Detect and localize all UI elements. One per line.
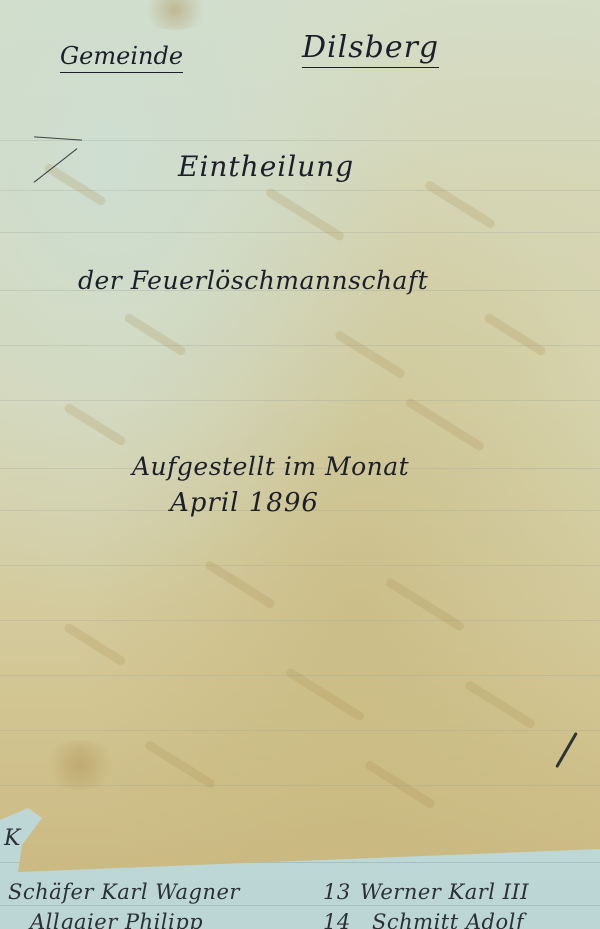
pen-mark — [555, 732, 578, 768]
bleed-through — [204, 559, 277, 609]
underlying-row-left: Allgaier Philipp — [30, 910, 203, 929]
underlying-row-number: 14 — [323, 910, 351, 929]
ruled-line — [0, 232, 600, 233]
bleed-through — [404, 397, 485, 452]
margin-fragment: K — [4, 826, 21, 851]
header-place: Dilsberg — [302, 30, 439, 68]
bleed-through — [63, 622, 127, 667]
ruled-line — [0, 565, 600, 566]
document-subtitle: der Feuerlöschmannschaft — [78, 266, 428, 295]
bleed-through — [483, 312, 547, 357]
ruled-line — [0, 400, 600, 401]
underlying-row-right: Schmitt Adolf — [372, 910, 524, 929]
document-title: Eintheilung — [178, 150, 354, 183]
bleed-through — [43, 162, 107, 207]
underlying-row-number: 13 — [323, 880, 351, 904]
bleed-through — [63, 402, 127, 447]
ruled-line — [0, 345, 600, 346]
bleed-through — [123, 312, 187, 357]
created-line: Aufgestellt im Monat — [132, 452, 409, 481]
bleed-through — [464, 679, 537, 729]
ruled-line — [0, 905, 600, 906]
ruled-line — [0, 730, 600, 731]
ruled-line — [0, 140, 600, 141]
underlying-row-right: Werner Karl III — [360, 880, 529, 904]
ruled-line — [0, 620, 600, 621]
underlying-row-left: Schäfer Karl Wagner — [8, 880, 240, 904]
document-date: April 1896 — [170, 488, 319, 518]
stain — [40, 740, 120, 790]
header-label: Gemeinde — [60, 42, 183, 73]
bleed-through — [424, 179, 497, 229]
bleed-through — [144, 739, 217, 789]
stain — [140, 0, 210, 30]
bleed-through — [264, 187, 345, 242]
cover-sheet: Gemeinde Dilsberg Eintheilung der Feuerl… — [0, 0, 600, 880]
bleed-through — [384, 577, 465, 632]
bleed-through — [334, 329, 407, 379]
